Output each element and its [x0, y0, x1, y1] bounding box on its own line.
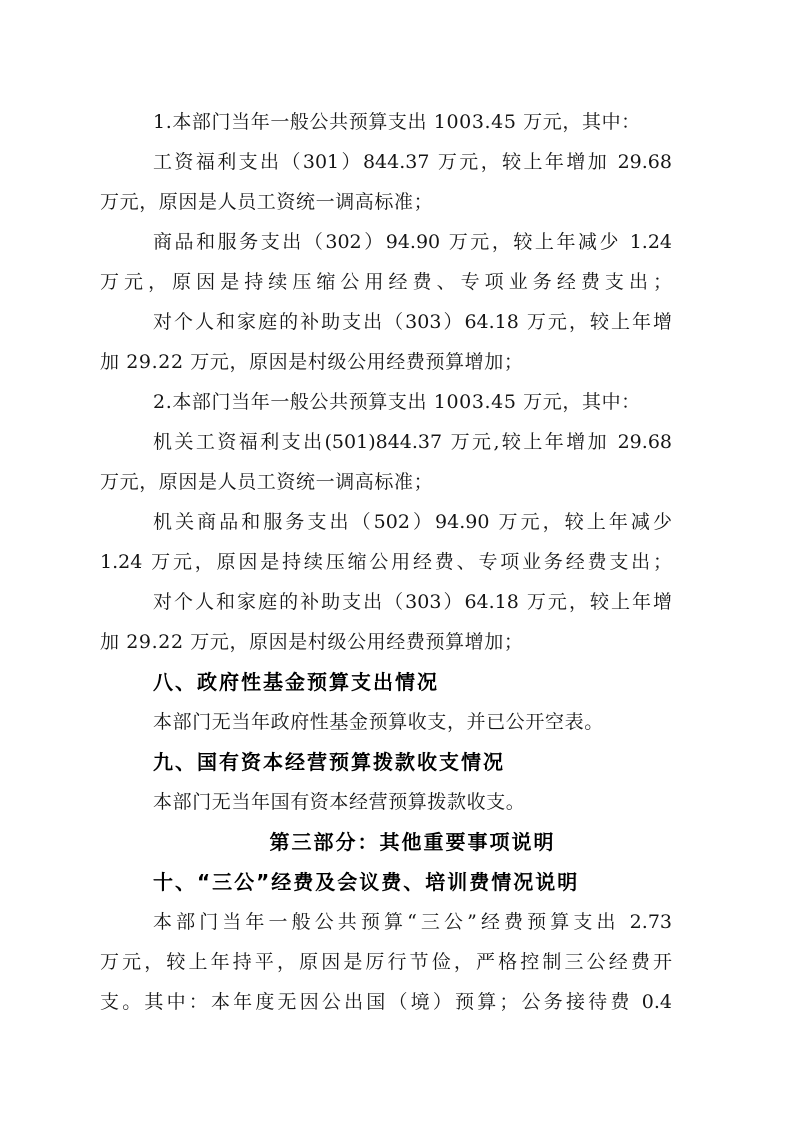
- para-wage-welfare-301-line2: 万元，原因是人员工资统一调高标准；: [100, 182, 672, 222]
- para-subsidy-303-repeat-line2: 加 29.22 万元，原因是村级公用经费预算增加；: [100, 622, 672, 662]
- para-goods-services-302-line1: 商品和服务支出（302）94.90 万元，较上年减少 1.24: [100, 222, 672, 262]
- para-goods-services-302-line2: 万元，原因是持续压缩公用经费、专项业务经费支出；: [100, 262, 672, 302]
- para-general-budget-2-intro: 2.本部门当年一般公共预算支出 1003.45 万元，其中：: [100, 382, 672, 422]
- para-subsidy-303-line2: 加 29.22 万元，原因是村级公用经费预算增加；: [100, 342, 672, 382]
- para-org-goods-services-502-line2: 1.24 万元，原因是持续压缩公用经费、专项业务经费支出；: [100, 542, 672, 582]
- para-general-budget-1-intro: 1.本部门当年一般公共预算支出 1003.45 万元，其中：: [100, 102, 672, 142]
- heading-section-8-gov-fund: 八、政府性基金预算支出情况: [100, 662, 672, 702]
- para-three-public-line3: 支。其中：本年度无因公出国（境）预算；公务接待费 0.4: [100, 982, 672, 1022]
- para-wage-welfare-301-line1: 工资福利支出（301）844.37 万元，较上年增加 29.68: [100, 142, 672, 182]
- document-text-block: 1.本部门当年一般公共预算支出 1003.45 万元，其中： 工资福利支出（30…: [100, 102, 672, 1022]
- para-three-public-line1: 本部门当年一般公共预算“三公”经费预算支出 2.73: [100, 902, 672, 942]
- para-gov-fund-statement: 本部门无当年政府性基金预算收支，并已公开空表。: [100, 702, 672, 742]
- heading-section-9-state-capital: 九、国有资本经营预算拨款收支情况: [100, 742, 672, 782]
- para-state-capital-statement: 本部门无当年国有资本经营预算拨款收支。: [100, 782, 672, 822]
- heading-section-10-three-public: 十、“三公”经费及会议费、培训费情况说明: [100, 862, 672, 902]
- para-subsidy-303-repeat-line1: 对个人和家庭的补助支出（303）64.18 万元，较上年增: [100, 582, 672, 622]
- para-org-goods-services-502-line1: 机关商品和服务支出（502）94.90 万元，较上年减少: [100, 502, 672, 542]
- para-subsidy-303-line1: 对个人和家庭的补助支出（303）64.18 万元，较上年增: [100, 302, 672, 342]
- para-three-public-line2: 万元，较上年持平，原因是厉行节俭，严格控制三公经费开: [100, 942, 672, 982]
- para-org-wage-welfare-501-line1: 机关工资福利支出(501)844.37 万元,较上年增加 29.68: [100, 422, 672, 462]
- heading-part-3-other-matters: 第三部分：其他重要事项说明: [100, 822, 672, 862]
- para-org-wage-welfare-501-line2: 万元，原因是人员工资统一调高标准；: [100, 462, 672, 502]
- budget-document-page: 1.本部门当年一般公共预算支出 1003.45 万元，其中： 工资福利支出（30…: [0, 0, 793, 1122]
